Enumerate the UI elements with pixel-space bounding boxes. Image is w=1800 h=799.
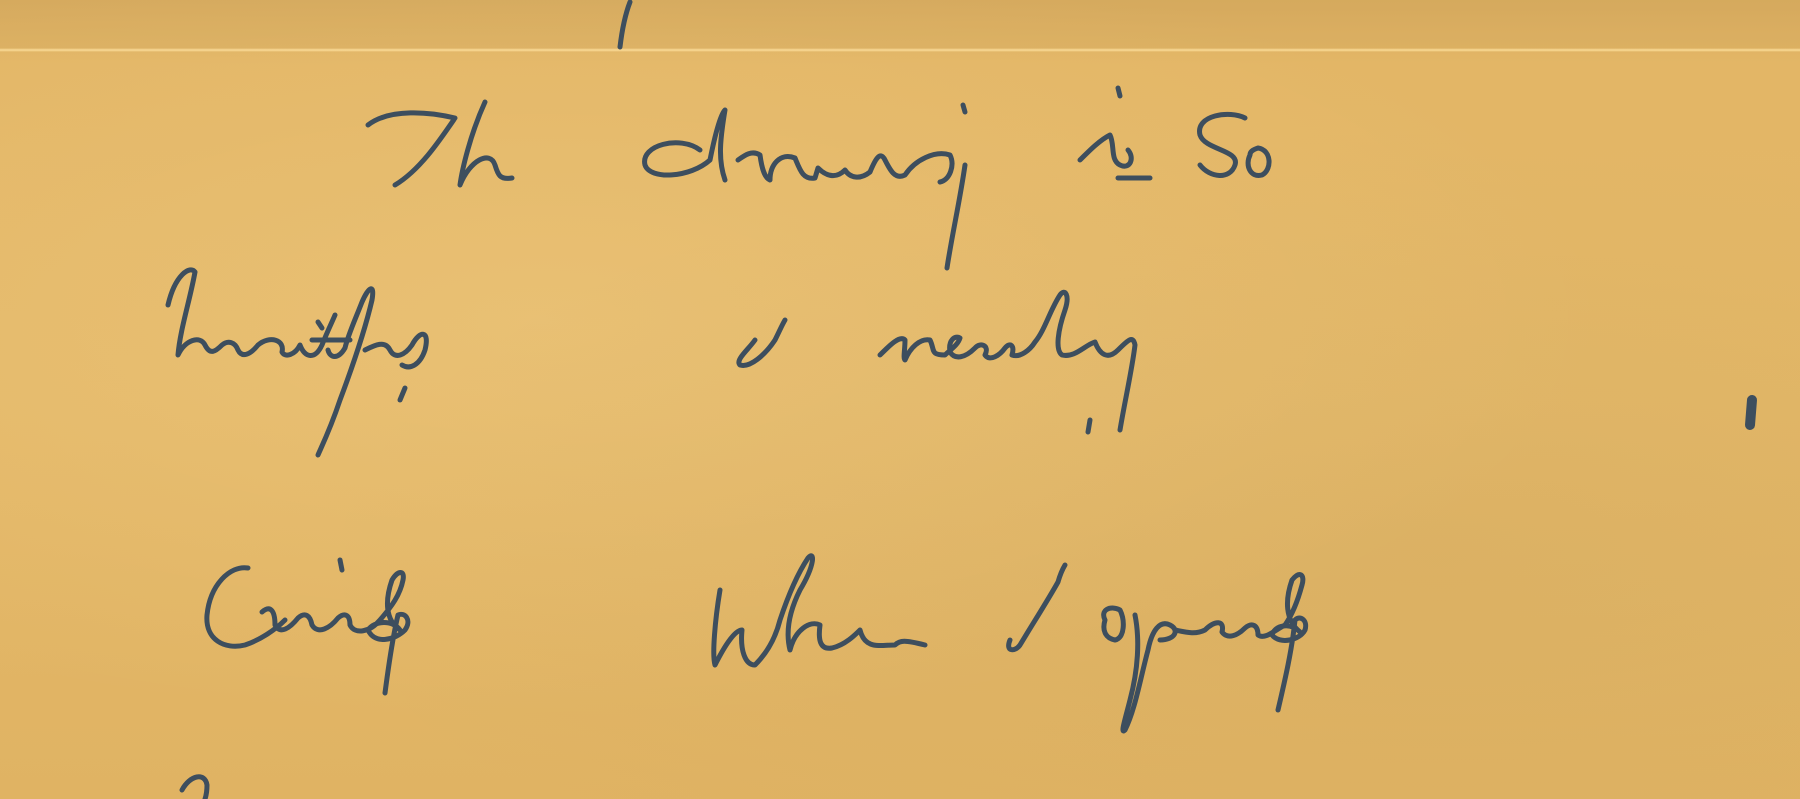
line-1-is xyxy=(1080,88,1150,178)
line-4-partial xyxy=(182,777,207,799)
line-2-beautiful xyxy=(168,270,426,455)
line-1-so xyxy=(1200,114,1270,175)
handwriting xyxy=(0,0,1800,799)
line-3-opened xyxy=(1104,575,1306,731)
line-3-cried xyxy=(207,560,408,693)
stroke-top xyxy=(620,2,630,47)
line-1-the xyxy=(368,102,512,185)
line-2-nearly xyxy=(880,292,1135,432)
line-3-i xyxy=(1009,565,1065,650)
ink-blot-margin xyxy=(1750,400,1752,425)
line-2-i xyxy=(739,320,785,365)
line-1-drawing xyxy=(645,105,965,268)
line-3-when xyxy=(714,556,925,665)
